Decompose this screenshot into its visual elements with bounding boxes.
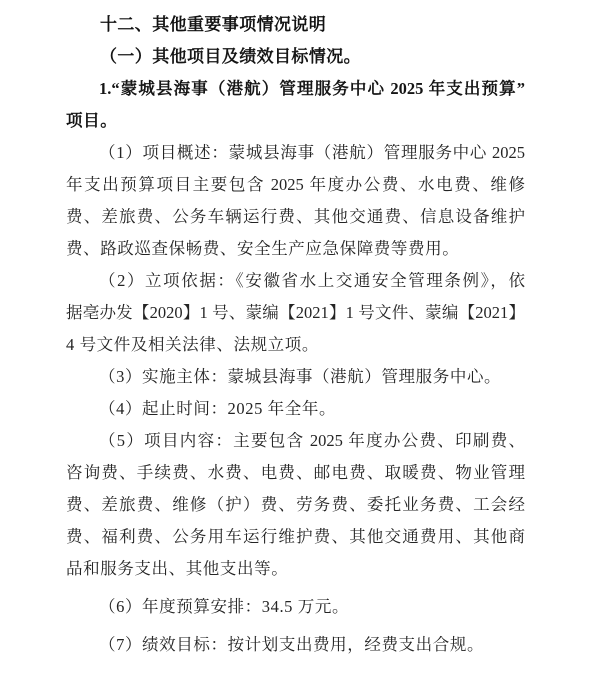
paragraph-time-span: （4）起止时间：2025 年全年。 — [66, 393, 525, 425]
text-line: 咨询费、手续费、水费、电费、邮电费、取暖费、物业管理 — [66, 457, 525, 489]
text-line: （2）立项依据：《安徽省水上交通安全管理条例》，依 — [66, 265, 525, 297]
section-heading: 十二、其他重要事项情况说明 — [66, 9, 525, 41]
text-line: 年支出预算项目主要包含 2025 年度办公费、水电费、维修 — [66, 169, 525, 201]
paragraph-annual-budget: （6）年度预算安排：34.5 万元。 — [66, 591, 525, 623]
subsection-heading-block: （一）其他项目及绩效目标情况。 — [66, 41, 525, 73]
text-line: （4）起止时间：2025 年全年。 — [66, 393, 525, 425]
text-line: （5）项目内容：主要包含 2025 年度办公费、印刷费、 — [66, 425, 525, 457]
text-line: 费、路政巡查保畅费、安全生产应急保障费等费用。 — [66, 233, 525, 265]
text-line: 费、差旅费、维修（护）费、劳务费、委托业务费、工会经 — [66, 489, 525, 521]
paragraph-performance-target: （7）绩效目标：按计划支出费用，经费支出合规。 — [66, 629, 525, 661]
project-title-line: 项目。 — [66, 105, 525, 137]
paragraph-project-overview: （1）项目概述：蒙城县海事（港航）管理服务中心 2025 年支出预算项目主要包含… — [66, 137, 525, 265]
text-line: 费、福利费、公务用车运行维护费、其他交通费用、其他商 — [66, 521, 525, 553]
text-line: 品和服务支出、其他支出等。 — [66, 553, 525, 585]
paragraph-project-basis: （2）立项依据：《安徽省水上交通安全管理条例》，依 据亳办发【2020】1 号、… — [66, 265, 525, 361]
paragraph-project-content: （5）项目内容：主要包含 2025 年度办公费、印刷费、 咨询费、手续费、水费、… — [66, 425, 525, 585]
project-title-block: 1.“蒙城县海事（港航）管理服务中心 2025 年支出预算” 项目。 — [66, 73, 525, 137]
text-line: （1）项目概述：蒙城县海事（港航）管理服务中心 2025 — [66, 137, 525, 169]
text-line: （3）实施主体：蒙城县海事（港航）管理服务中心。 — [66, 361, 525, 393]
text-line: 费、差旅费、公务车辆运行费、其他交通费、信息设备维护 — [66, 201, 525, 233]
project-title-line: 1.“蒙城县海事（港航）管理服务中心 2025 年支出预算” — [66, 73, 525, 105]
subsection-heading: （一）其他项目及绩效目标情况。 — [66, 41, 525, 73]
document-text-block: 十二、其他重要事项情况说明 （一）其他项目及绩效目标情况。 1.“蒙城县海事（港… — [66, 9, 525, 661]
section-heading-block: 十二、其他重要事项情况说明 — [66, 9, 525, 41]
text-line: （6）年度预算安排：34.5 万元。 — [66, 591, 525, 623]
text-line: 4 号文件及相关法律、法规立项。 — [66, 329, 525, 361]
paragraph-implementing-body: （3）实施主体：蒙城县海事（港航）管理服务中心。 — [66, 361, 525, 393]
text-line: 据亳办发【2020】1 号、蒙编【2021】1 号文件、蒙编【2021】 — [66, 297, 525, 329]
document-page: 十二、其他重要事项情况说明 （一）其他项目及绩效目标情况。 1.“蒙城县海事（港… — [0, 0, 600, 678]
text-line: （7）绩效目标：按计划支出费用，经费支出合规。 — [66, 629, 525, 661]
